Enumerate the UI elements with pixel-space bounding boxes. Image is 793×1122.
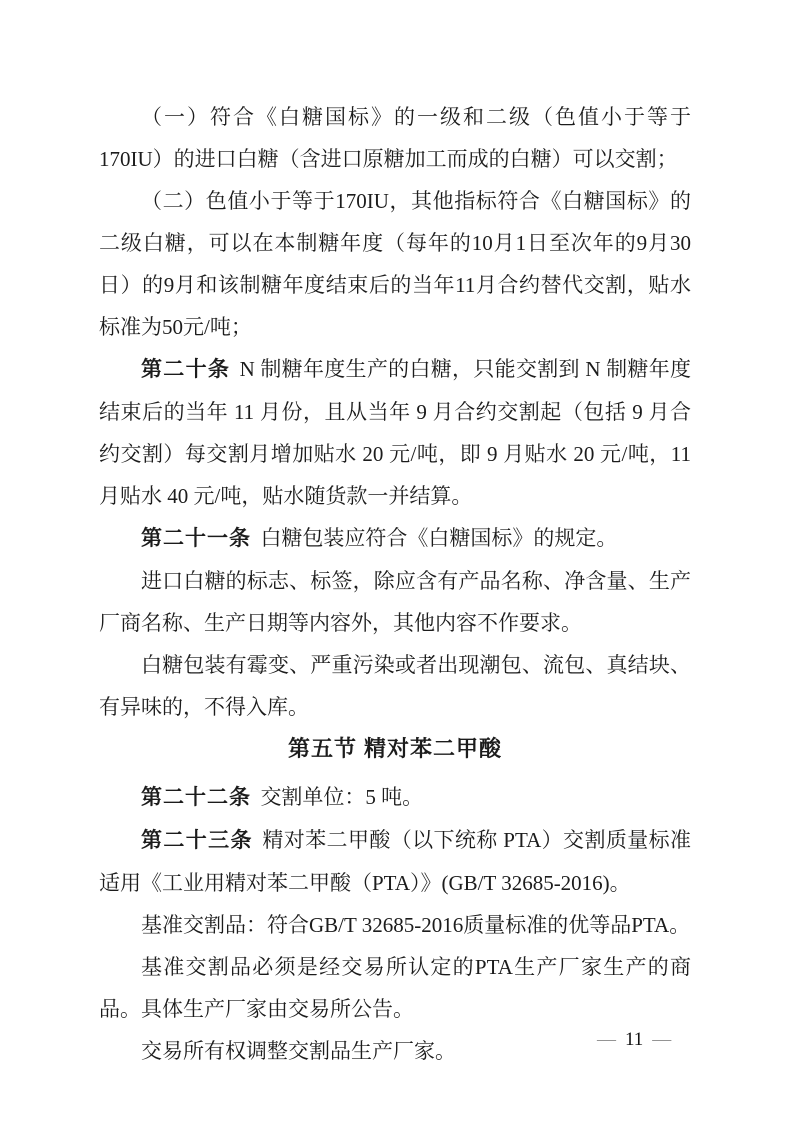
paragraph: 第二十条N 制糖年度生产的白糖，只能交割到 N 制糖年度结束后的当年 11 月份… (99, 348, 691, 517)
article-number: 第二十三条 (141, 829, 253, 852)
page-number: 11 (625, 1029, 643, 1050)
paragraph: 白糖包装有霉变、严重污染或者出现潮包、流包、真结块、有异味的，不得入库。 (99, 644, 691, 728)
paragraph-text: 白糖包装有霉变、严重污染或者出现潮包、流包、真结块、有异味的，不得入库。 (99, 653, 691, 719)
section-heading: 第五节 精对苯二甲酸 (99, 728, 691, 770)
document-body: （一）符合《白糖国标》的一级和二级（色值小于等于170IU）的进口白糖（含进口原… (99, 96, 691, 1072)
paragraph-text: 交易所有权调整交割品生产厂家。 (141, 1039, 456, 1063)
paragraph: 第二十二条交割单位：5 吨。 (99, 776, 691, 819)
paragraph-text: 白糖包装应符合《白糖国标》的规定。 (260, 526, 617, 550)
article-number: 第二十条 (141, 358, 230, 381)
paragraph-text: （二）色值小于等于170IU，其他指标符合《白糖国标》的二级白糖，可以在本制糖年… (99, 189, 691, 339)
paragraph-text: （一）符合《白糖国标》的一级和二级（色值小于等于170IU）的进口白糖（含进口原… (99, 105, 691, 171)
article-number: 第二十一条 (141, 527, 251, 550)
paragraph: （二）色值小于等于170IU，其他指标符合《白糖国标》的二级白糖，可以在本制糖年… (99, 180, 691, 348)
paragraph: 第二十三条精对苯二甲酸（以下统称 PTA）交割质量标准适用《工业用精对苯二甲酸（… (99, 819, 691, 904)
paragraph: 第二十一条白糖包装应符合《白糖国标》的规定。 (99, 517, 691, 560)
document-page: （一）符合《白糖国标》的一级和二级（色值小于等于170IU）的进口白糖（含进口原… (0, 0, 793, 1122)
paragraph-text: 基准交割品必须是经交易所认定的PTA生产厂家生产的商品。具体生产厂家由交易所公告… (99, 955, 691, 1021)
page-footer: —11— (597, 1026, 671, 1054)
paragraph: 基准交割品：符合GB/T 32685-2016质量标准的优等品PTA。 (99, 904, 691, 946)
paragraph: 基准交割品必须是经交易所认定的PTA生产厂家生产的商品。具体生产厂家由交易所公告… (99, 946, 691, 1030)
article-number: 第二十二条 (141, 786, 251, 809)
paragraph: 进口白糖的标志、标签，除应含有产品名称、净含量、生产厂商名称、生产日期等内容外，… (99, 560, 691, 644)
paragraph-text: 进口白糖的标志、标签，除应含有产品名称、净含量、生产厂商名称、生产日期等内容外，… (99, 569, 691, 635)
footer-left-dash: — (597, 1029, 616, 1050)
paragraph-text: 交割单位：5 吨。 (260, 785, 423, 809)
paragraph-text: 第五节 精对苯二甲酸 (288, 736, 502, 761)
paragraph: （一）符合《白糖国标》的一级和二级（色值小于等于170IU）的进口白糖（含进口原… (99, 96, 691, 180)
footer-right-dash: — (652, 1029, 671, 1050)
paragraph-text: 基准交割品：符合GB/T 32685-2016质量标准的优等品PTA。 (141, 913, 690, 937)
